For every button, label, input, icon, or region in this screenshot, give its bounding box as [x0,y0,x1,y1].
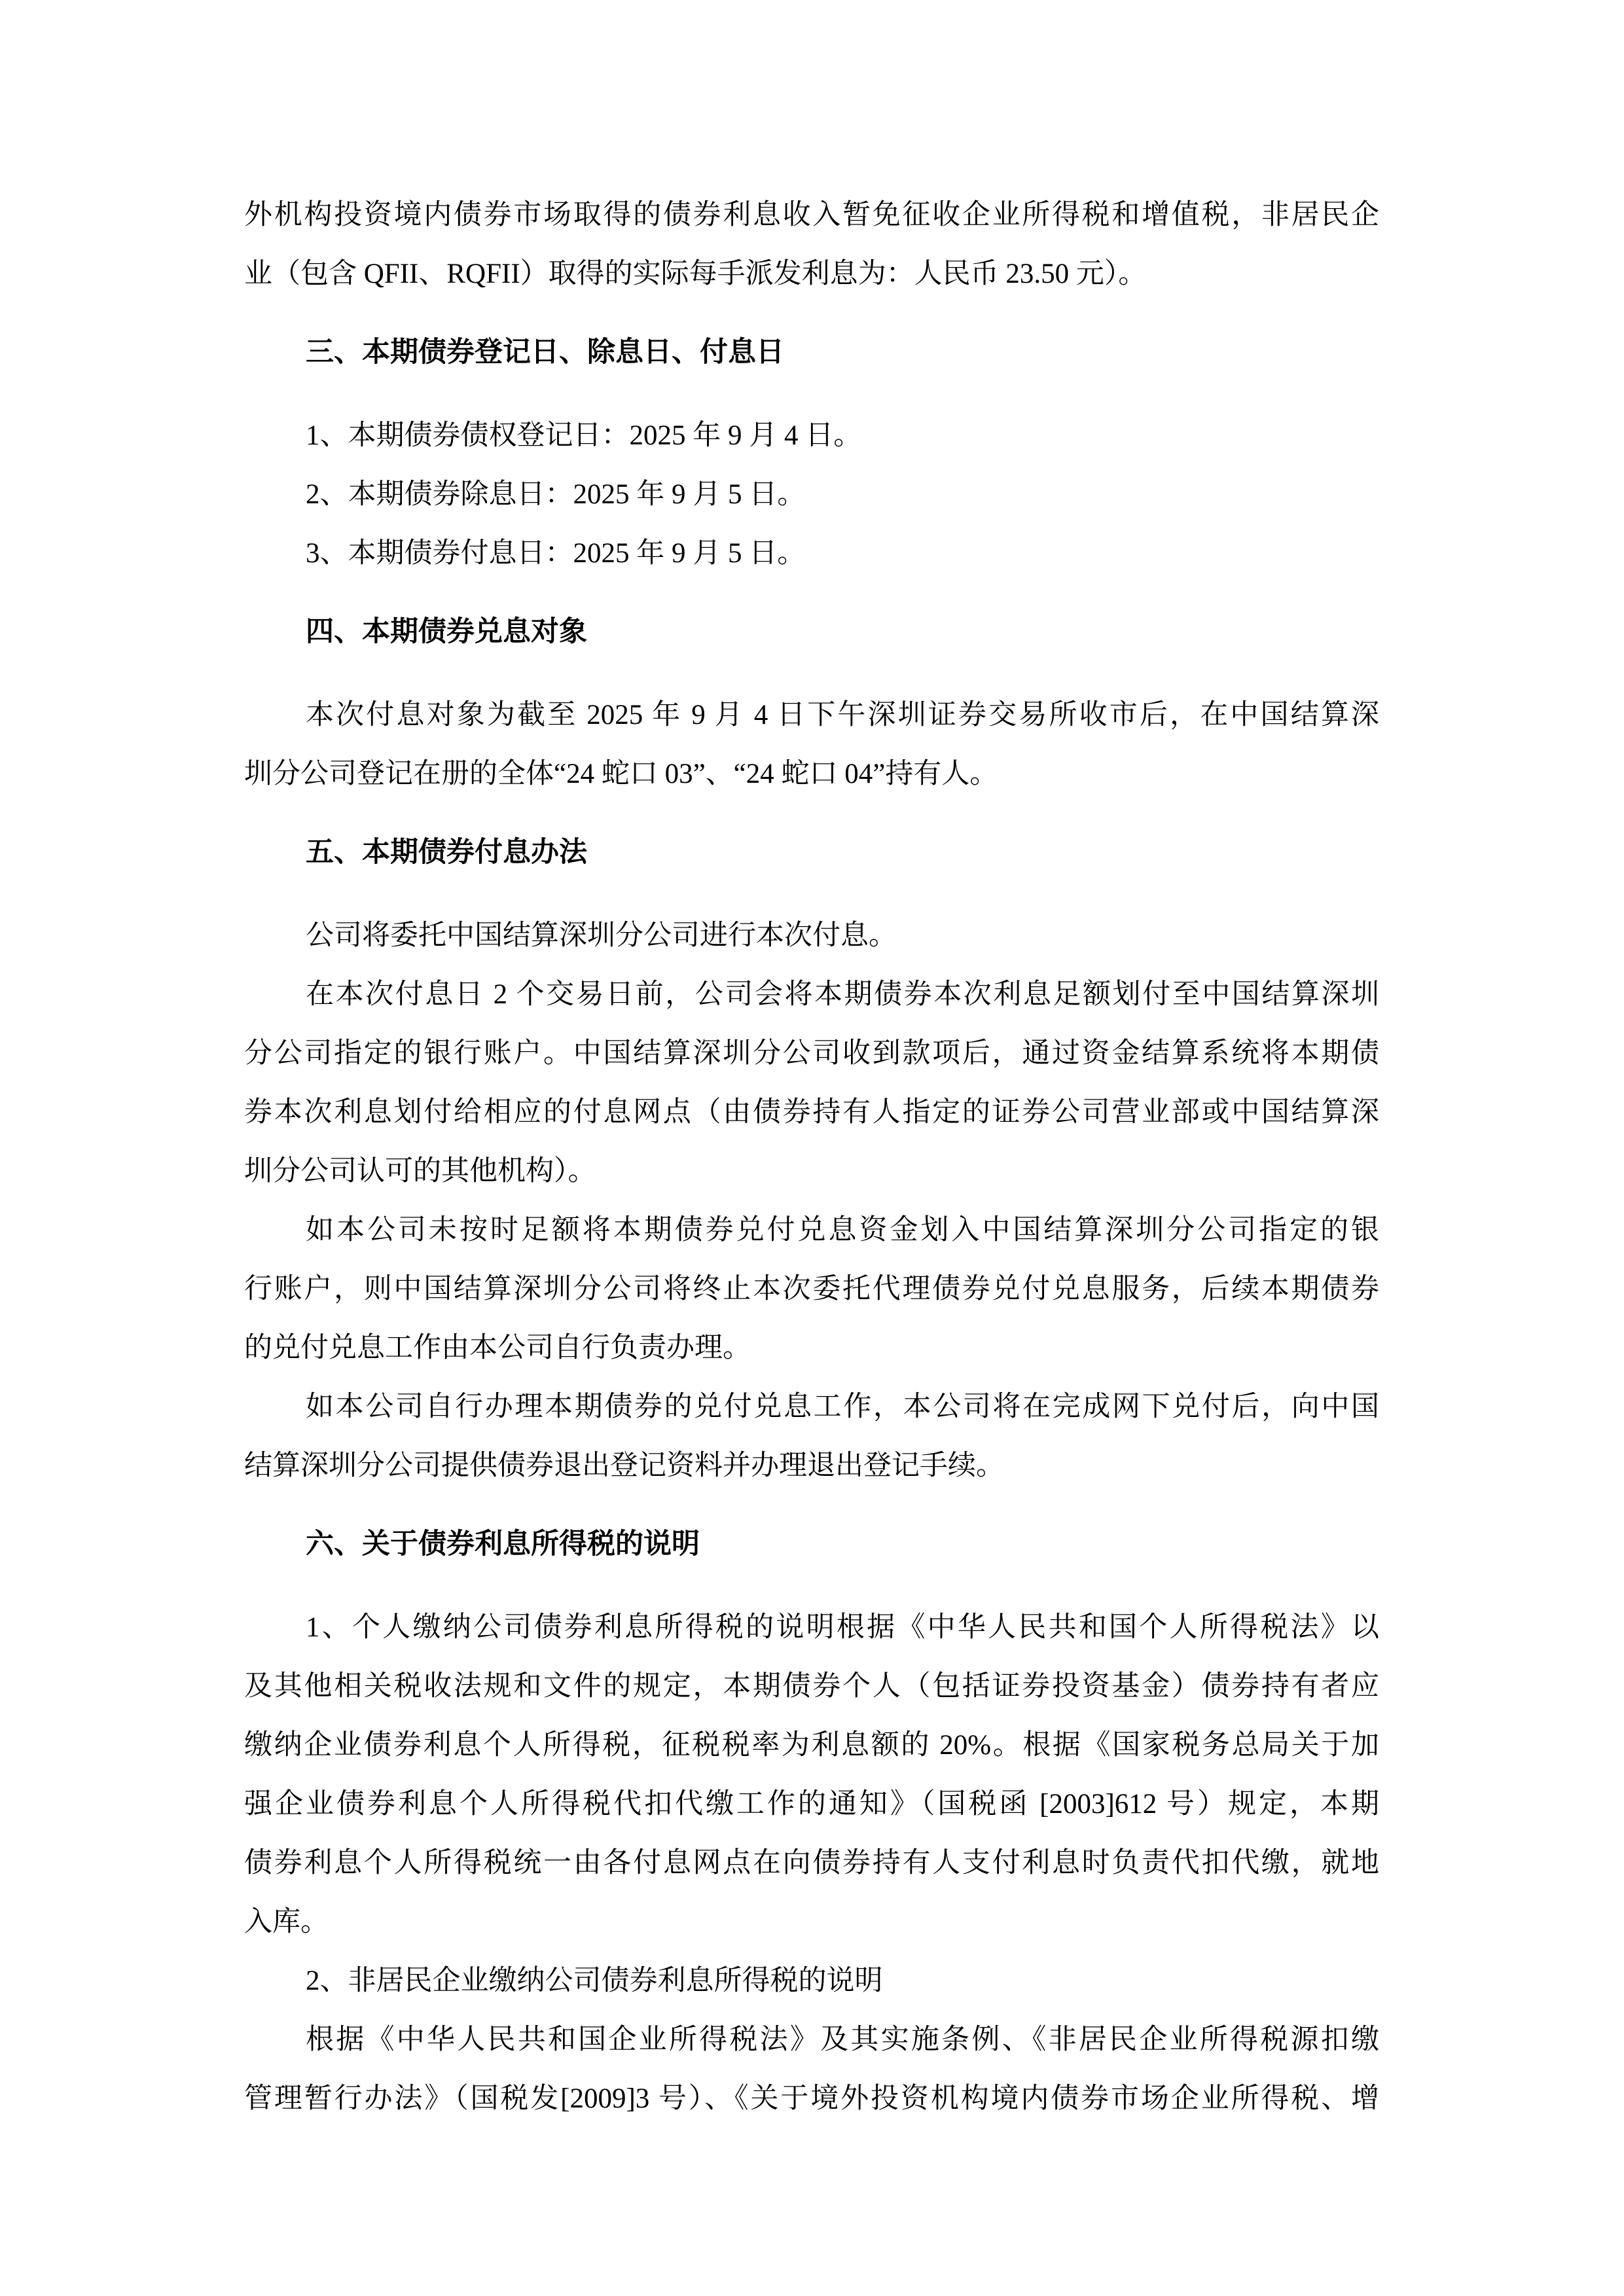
text-line: 如本公司未按时足额将本期债券兑付兑息资金划入中国结算深圳分公司指定的银 [244,1201,1379,1260]
text-line: 券本次利息划付给相应的付息网点（由债券持有人指定的证券公司营业部或中国结算深 [244,1083,1379,1142]
paragraph: 在本次付息日 2 个交易日前，公司会将本期债券本次利息足额划付至中国结算深圳分公… [244,965,1379,1201]
text-line: 及其他相关税收法规和文件的规定，本期债券个人（包括证券投资基金）债券持有者应 [244,1657,1379,1716]
text-line: 3、本期债券付息日：2025 年 9 月 5 日。 [244,524,1379,583]
text-line: 行账户，则中国结算深圳分公司将终止本次委托代理债券兑付兑息服务，后续本期债券 [244,1260,1379,1319]
section-heading: 三、本期债券登记日、除息日、付息日 [244,323,1379,382]
text-line: 入库。 [244,1893,1379,1952]
text-line: 根据《中华人民共和国企业所得税法》及其实施条例、《非居民企业所得税源扣缴 [244,2011,1379,2070]
text-line: 如本公司自行办理本期债券的兑付兑息工作，本公司将在完成网下兑付后，向中国 [244,1378,1379,1437]
paragraph: 公司将委托中国结算深圳分公司进行本次付息。 [244,906,1379,965]
paragraph: 外机构投资境内债券市场取得的债券利息收入暂免征收企业所得税和增值税，非居民企业（… [244,186,1379,304]
text-line: 1、个人缴纳公司债券利息所得税的说明根据《中华人民共和国个人所得税法》以 [244,1598,1379,1657]
text-line: 管理暂行办法》（国税发[2009]3 号）、《关于境外投资机构境内债券市场企业所… [244,2070,1379,2128]
heading-line: 四、本期债券兑息对象 [244,603,1379,662]
text-line: 缴纳企业债券利息个人所得税，征税税率为利息额的 20%。根据《国家税务总局关于加 [244,1716,1379,1775]
text-line: 公司将委托中国结算深圳分公司进行本次付息。 [244,906,1379,965]
document-content: 外机构投资境内债券市场取得的债券利息收入暂免征收企业所得税和增值税，非居民企业（… [244,186,1379,2128]
section-heading: 四、本期债券兑息对象 [244,603,1379,662]
text-line: 业（包含 QFII、RQFII）取得的实际每手派发利息为：人民币 23.50 元… [244,245,1379,304]
heading-line: 五、本期债券付息办法 [244,823,1379,882]
text-line: 外机构投资境内债券市场取得的债券利息收入暂免征收企业所得税和增值税，非居民企 [244,186,1379,245]
paragraph: 1、个人缴纳公司债券利息所得税的说明根据《中华人民共和国个人所得税法》以及其他相… [244,1598,1379,1952]
heading-line: 三、本期债券登记日、除息日、付息日 [244,323,1379,382]
paragraph: 如本公司自行办理本期债券的兑付兑息工作，本公司将在完成网下兑付后，向中国结算深圳… [244,1378,1379,1496]
text-line: 本次付息对象为截至 2025 年 9 月 4 日下午深圳证券交易所收市后，在中国… [244,686,1379,745]
text-line: 分公司指定的银行账户。中国结算深圳分公司收到款项后，通过资金结算系统将本期债 [244,1024,1379,1083]
text-line: 结算深圳分公司提供债券退出登记资料并办理退出登记手续。 [244,1437,1379,1496]
document-page: 外机构投资境内债券市场取得的债券利息收入暂免征收企业所得税和增值税，非居民企业（… [0,0,1624,2296]
text-line: 在本次付息日 2 个交易日前，公司会将本期债券本次利息足额划付至中国结算深圳 [244,965,1379,1024]
text-line: 债券利息个人所得税统一由各付息网点在向债券持有人支付利息时负责代扣代缴，就地 [244,1834,1379,1893]
paragraph: 3、本期债券付息日：2025 年 9 月 5 日。 [244,524,1379,583]
text-line: 强企业债券利息个人所得税代扣代缴工作的通知》（国税函 [2003]612 号）规… [244,1775,1379,1834]
section-heading: 五、本期债券付息办法 [244,823,1379,882]
text-line: 的兑付兑息工作由本公司自行负责办理。 [244,1319,1379,1378]
paragraph: 2、本期债券除息日：2025 年 9 月 5 日。 [244,465,1379,524]
paragraph: 2、非居民企业缴纳公司债券利息所得税的说明 [244,1952,1379,2011]
text-line: 圳分公司认可的其他机构）。 [244,1142,1379,1201]
text-line: 2、本期债券除息日：2025 年 9 月 5 日。 [244,465,1379,524]
paragraph: 1、本期债券债权登记日：2025 年 9 月 4 日。 [244,406,1379,465]
text-line: 圳分公司登记在册的全体“24 蛇口 03”、“24 蛇口 04”持有人。 [244,745,1379,804]
text-line: 2、非居民企业缴纳公司债券利息所得税的说明 [244,1952,1379,2011]
text-line: 1、本期债券债权登记日：2025 年 9 月 4 日。 [244,406,1379,465]
paragraph: 如本公司未按时足额将本期债券兑付兑息资金划入中国结算深圳分公司指定的银行账户，则… [244,1201,1379,1378]
paragraph: 根据《中华人民共和国企业所得税法》及其实施条例、《非居民企业所得税源扣缴管理暂行… [244,2011,1379,2128]
section-heading: 六、关于债券利息所得税的说明 [244,1515,1379,1574]
heading-line: 六、关于债券利息所得税的说明 [244,1515,1379,1574]
paragraph: 本次付息对象为截至 2025 年 9 月 4 日下午深圳证券交易所收市后，在中国… [244,686,1379,804]
